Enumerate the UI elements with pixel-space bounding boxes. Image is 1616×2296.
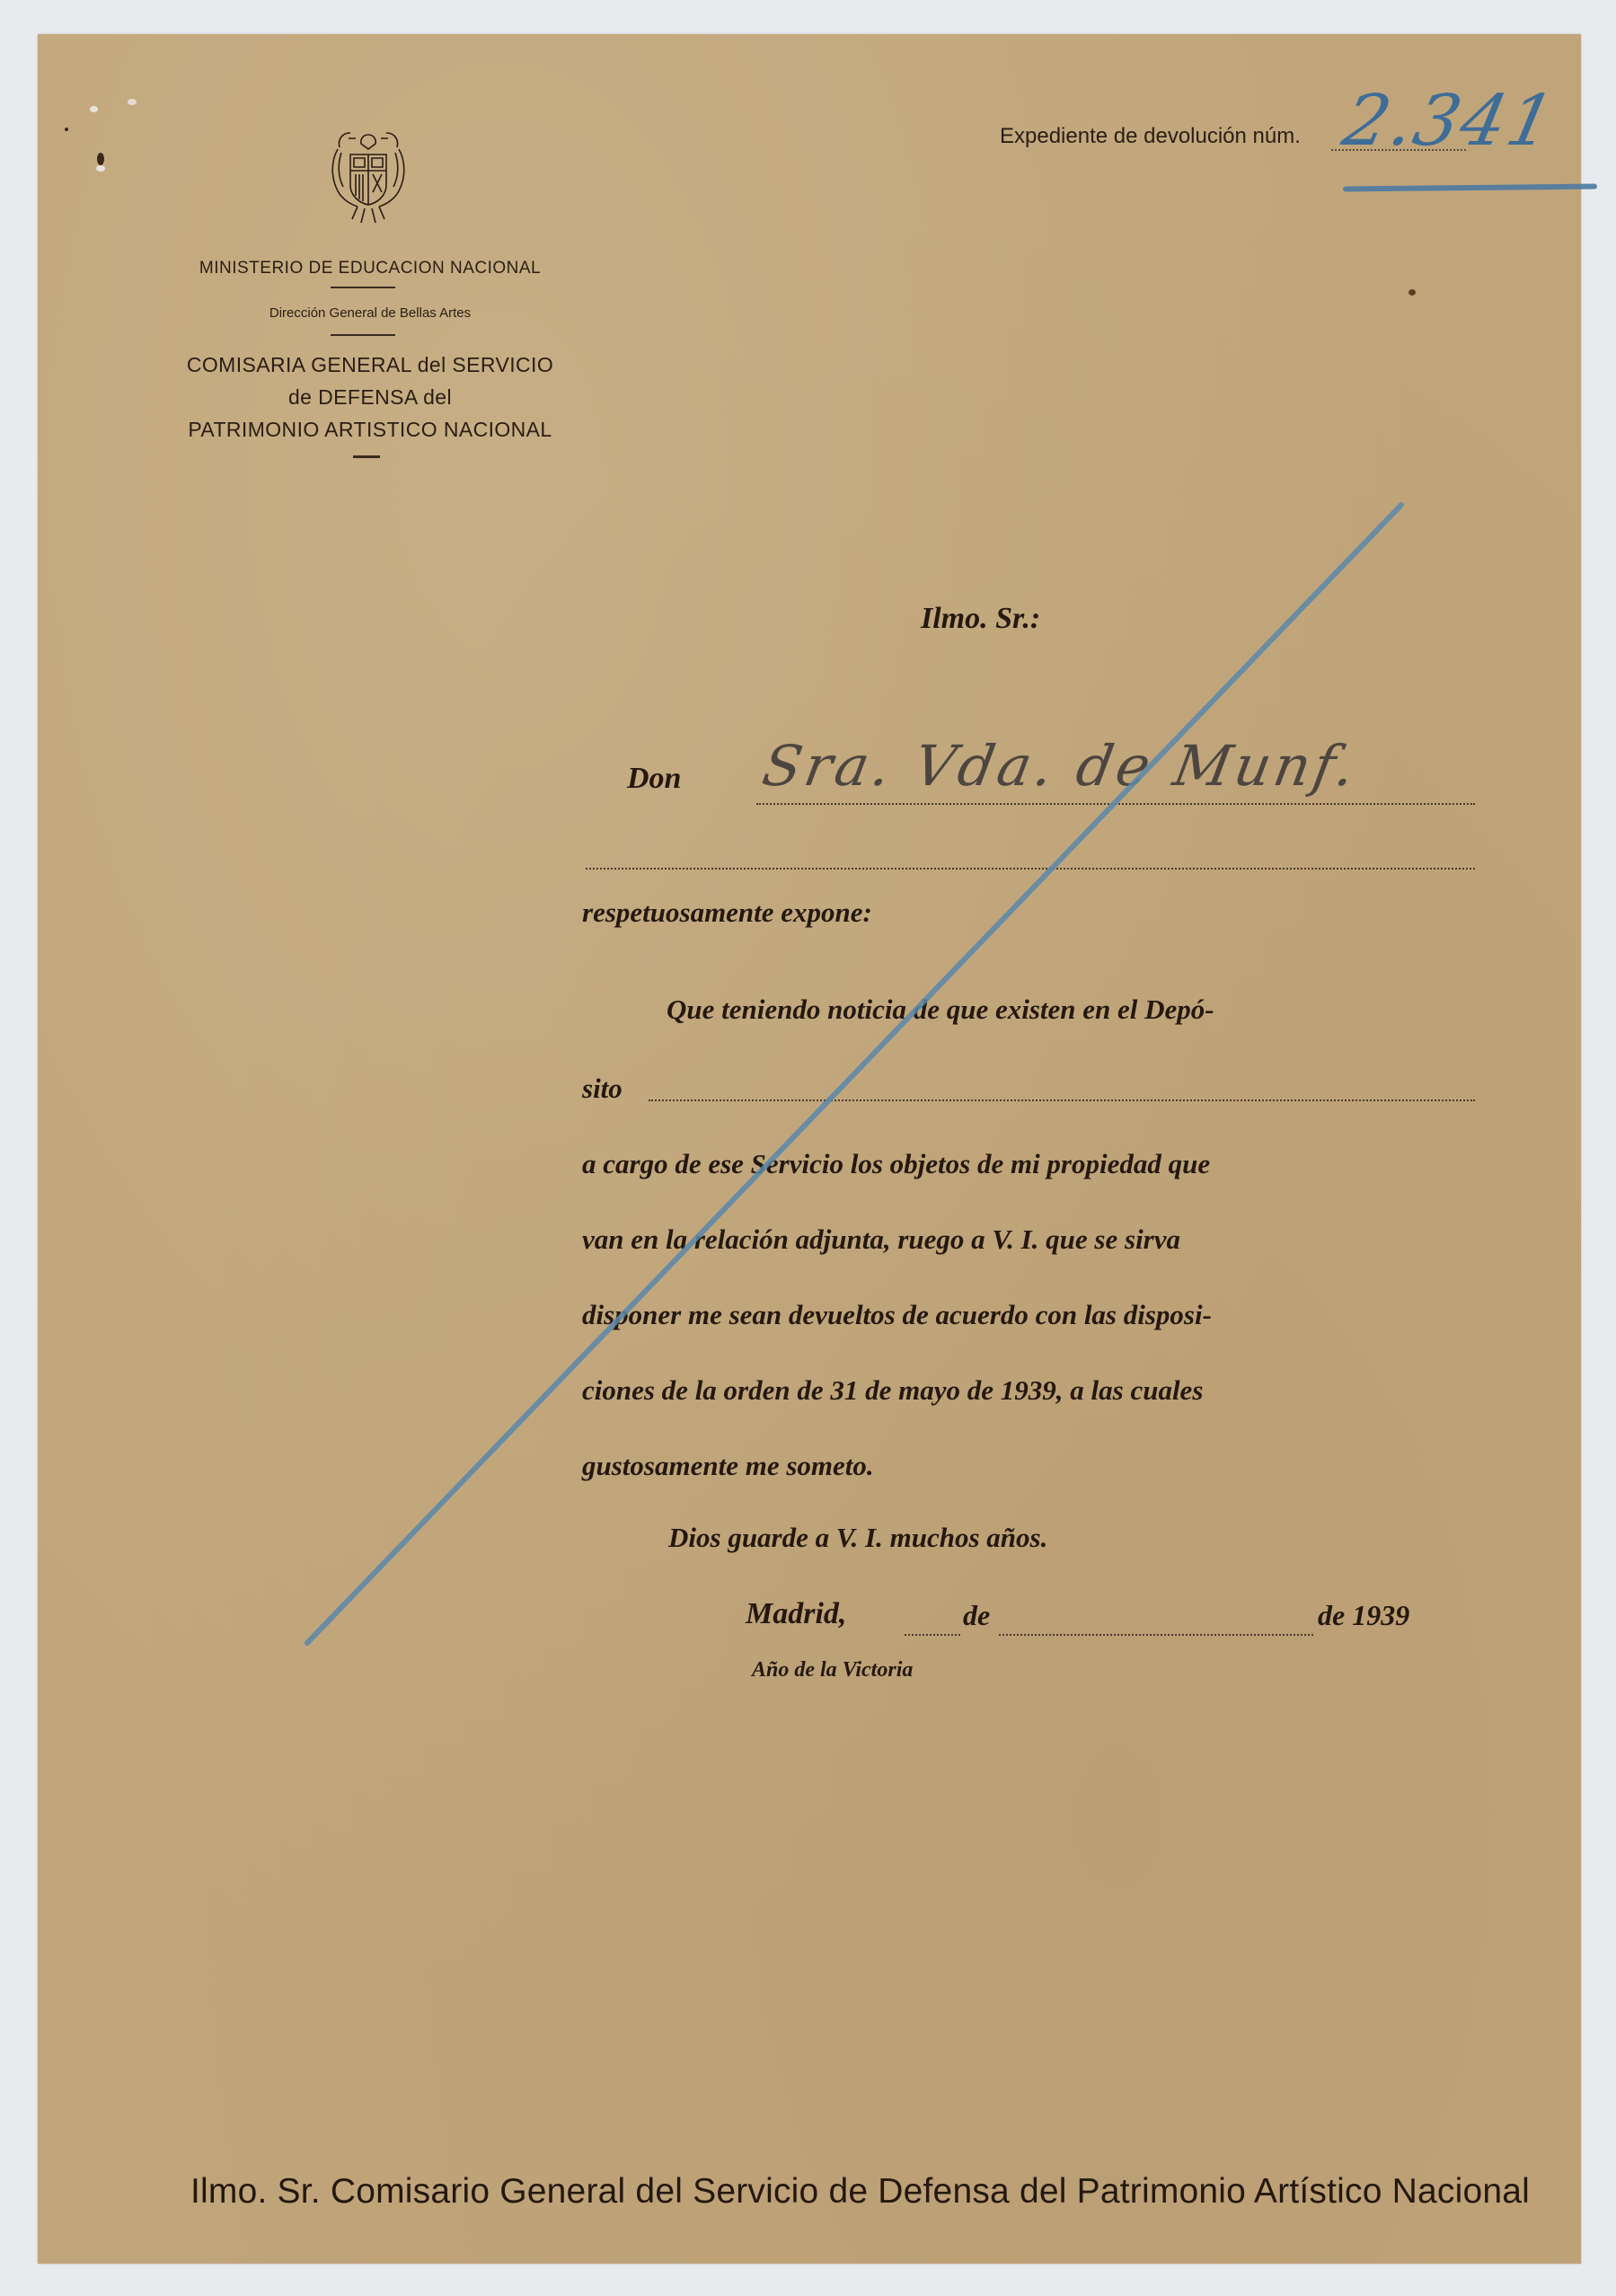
blue-pencil-strikethrough xyxy=(38,34,1581,2264)
document-page: MINISTERIO DE EDUCACION NACIONAL Direcci… xyxy=(38,34,1581,2264)
recipient-footer: Ilmo. Sr. Comisario General del Servicio… xyxy=(190,2172,1530,2212)
